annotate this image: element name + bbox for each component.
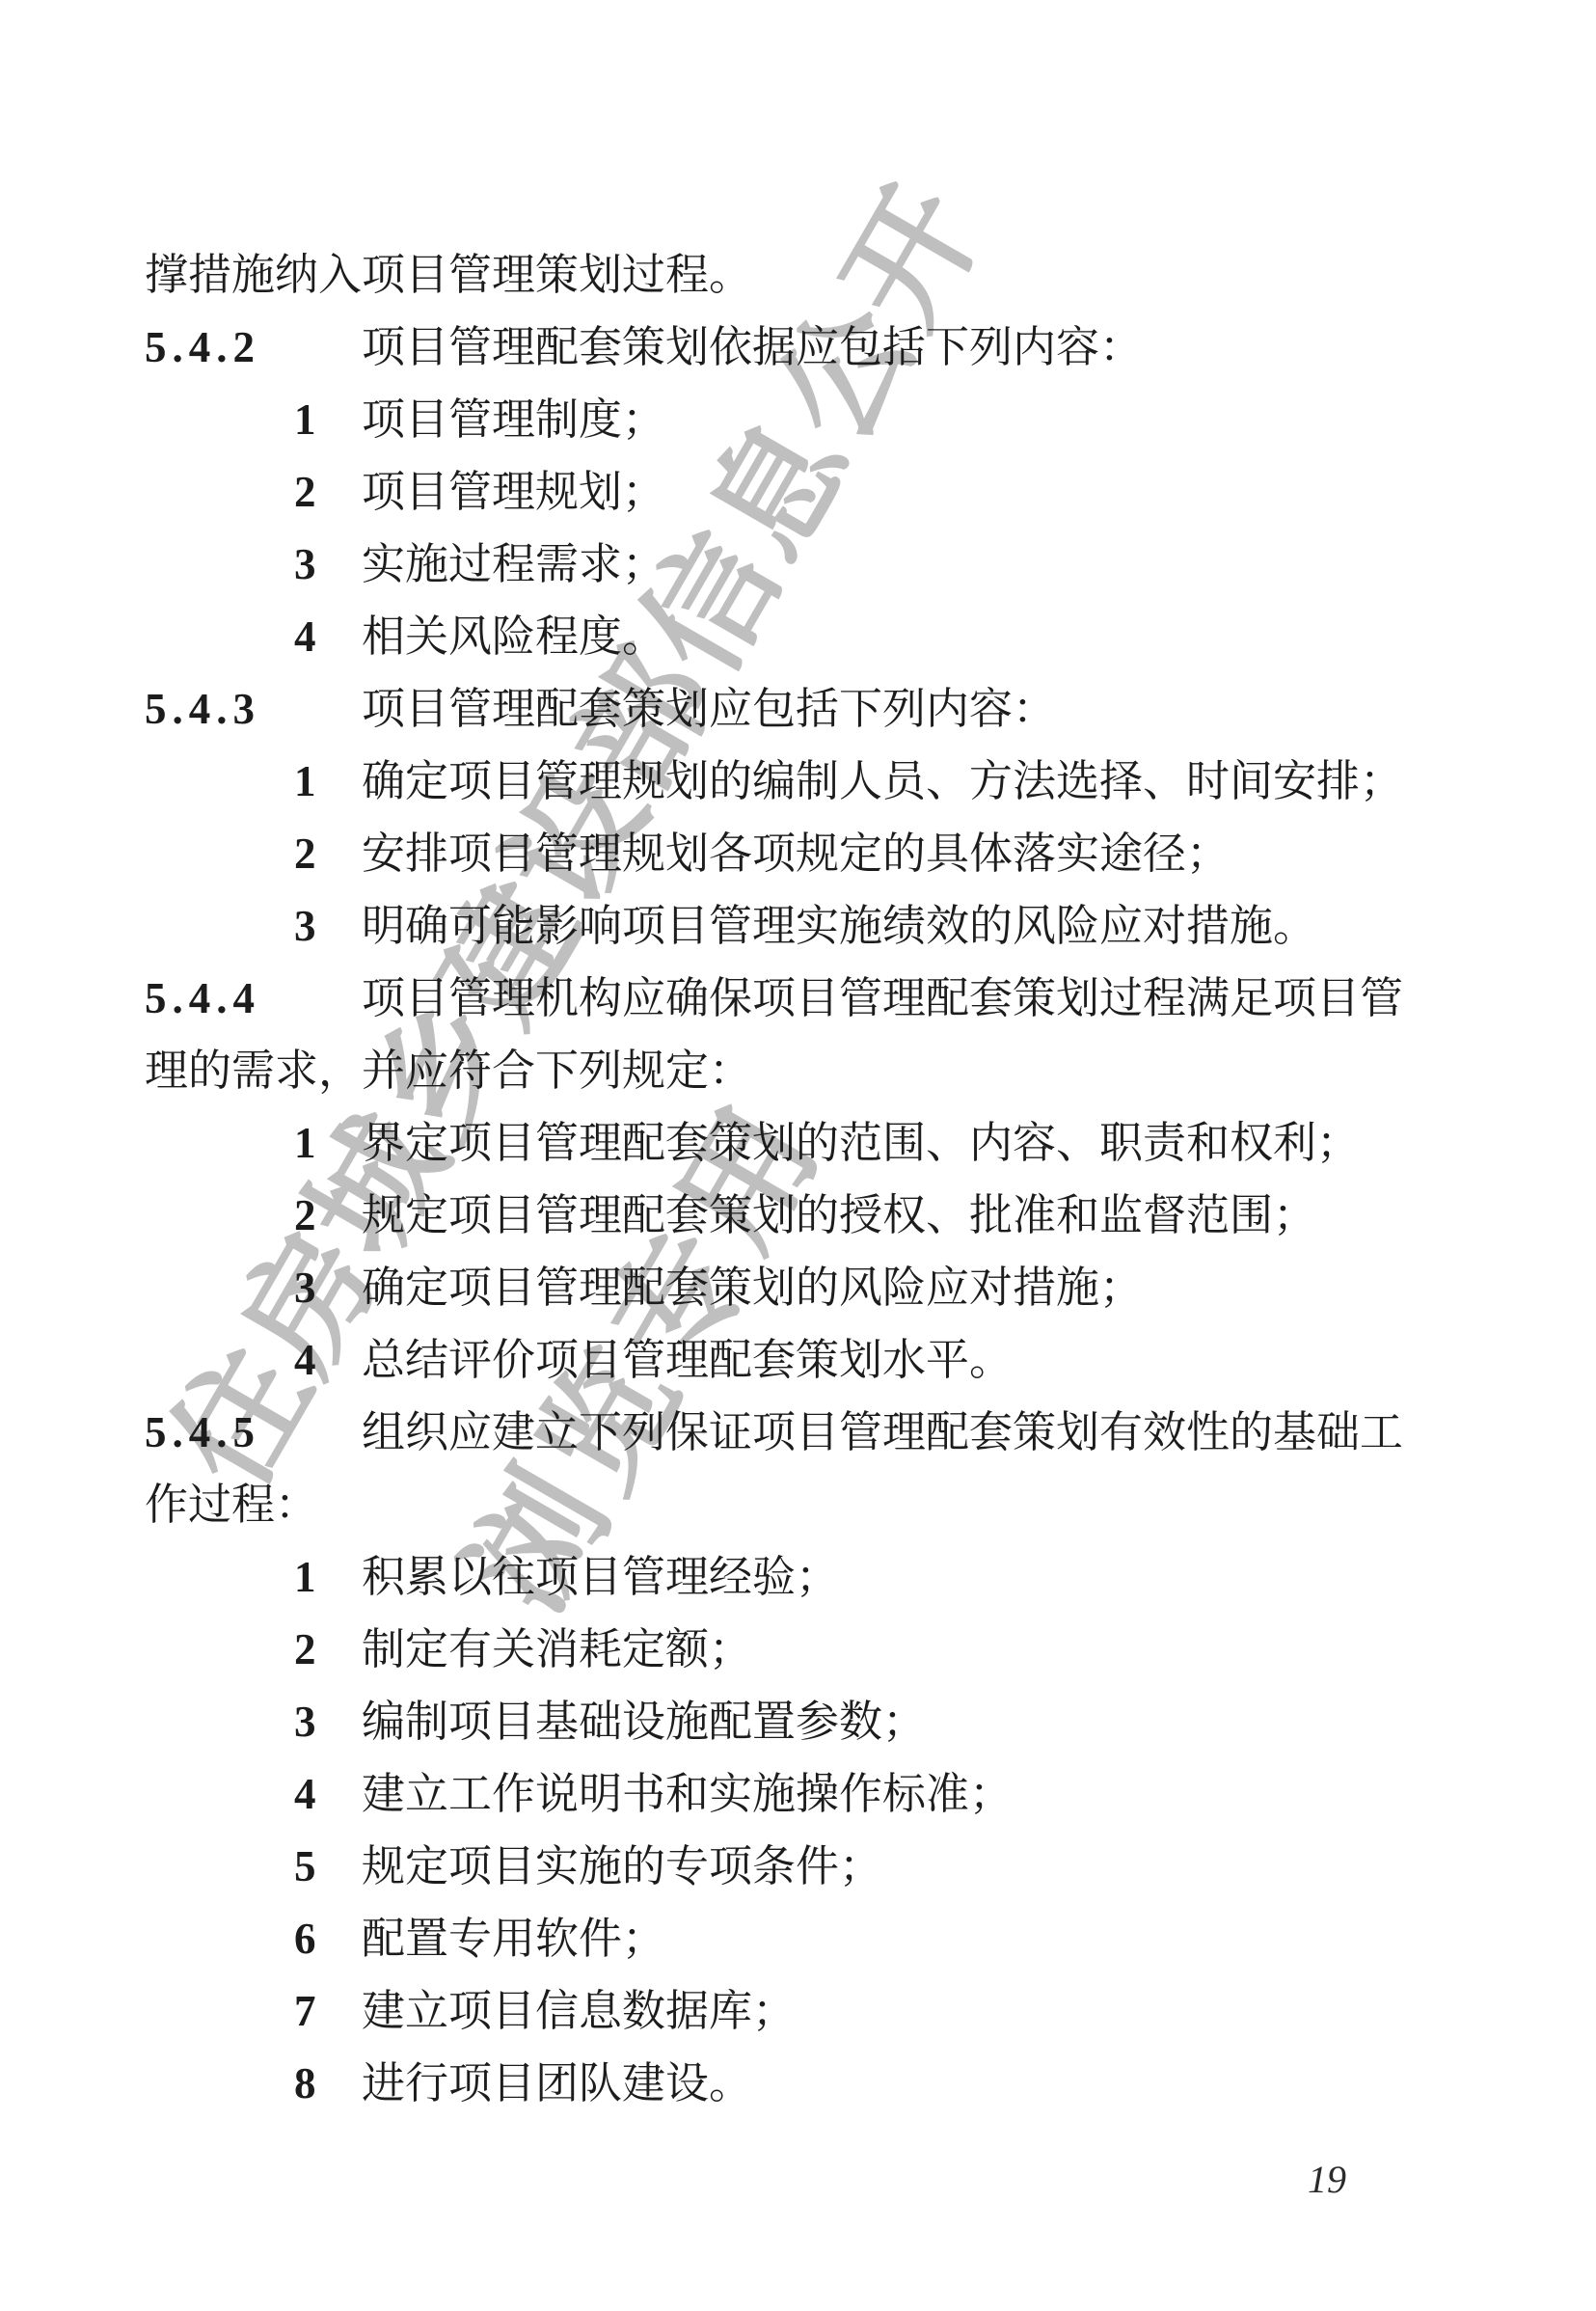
clause-number: 5.4.5 <box>145 1397 362 1469</box>
text-line-clause: 5.4.2 项目管理配套策划依据应包括下列内容： <box>145 312 1466 384</box>
item-number: 2 <box>145 1180 362 1252</box>
line-text: 进行项目团队建设。 <box>362 2048 752 2120</box>
item-number: 1 <box>145 384 362 456</box>
item-number: 7 <box>145 1975 362 2048</box>
list-item: 1 积累以往项目管理经验； <box>145 1541 1466 1614</box>
list-item: 3 确定项目管理配套策划的风险应对措施； <box>145 1252 1466 1324</box>
list-item: 3 编制项目基础设施配置参数； <box>145 1686 1466 1758</box>
list-item: 5 规定项目实施的专项条件； <box>145 1831 1466 1903</box>
body-text: 撑措施纳入项目管理策划过程。 5.4.2 项目管理配套策划依据应包括下列内容： … <box>145 239 1466 2120</box>
line-text: 编制项目基础设施配置参数； <box>362 1686 926 1758</box>
list-item: 2 安排项目管理规划各项规定的具体落实途径； <box>145 818 1466 890</box>
item-number: 8 <box>145 2048 362 2120</box>
item-number: 4 <box>145 1758 362 1831</box>
line-text: 项目管理规划； <box>362 456 665 529</box>
list-item: 1 界定项目管理配套策划的范围、内容、职责和权利； <box>145 1107 1466 1180</box>
list-item: 2 规定项目管理配套策划的授权、批准和监督范围； <box>145 1180 1466 1252</box>
list-item: 7 建立项目信息数据库； <box>145 1975 1466 2048</box>
line-text: 组织应建立下列保证项目管理配套策划有效性的基础工 <box>362 1397 1403 1469</box>
document-page: 住房城乡建设部信息公开 浏览专用 撑措施纳入项目管理策划过程。 5.4.2 项目… <box>0 0 1596 2311</box>
list-item: 4 总结评价项目管理配套策划水平。 <box>145 1324 1466 1397</box>
text-line: 作过程： <box>145 1469 1466 1541</box>
list-item: 2 制定有关消耗定额； <box>145 1614 1466 1686</box>
line-text: 相关风险程度。 <box>362 601 665 673</box>
item-number: 1 <box>145 1107 362 1180</box>
item-number: 6 <box>145 1903 362 1975</box>
line-text: 撑措施纳入项目管理策划过程。 <box>145 239 752 312</box>
text-line: 撑措施纳入项目管理策划过程。 <box>145 239 1466 312</box>
line-text: 理的需求，并应符合下列规定： <box>145 1035 752 1107</box>
item-number: 4 <box>145 601 362 673</box>
line-text: 确定项目管理规划的编制人员、方法选择、时间安排； <box>362 746 1403 818</box>
item-number: 4 <box>145 1324 362 1397</box>
item-number: 3 <box>145 1252 362 1324</box>
line-text: 作过程： <box>145 1469 318 1541</box>
line-text: 确定项目管理配套策划的风险应对措施； <box>362 1252 1143 1324</box>
line-text: 制定有关消耗定额； <box>362 1614 752 1686</box>
text-line: 理的需求，并应符合下列规定： <box>145 1035 1466 1107</box>
item-number: 3 <box>145 1686 362 1758</box>
list-item: 1 确定项目管理规划的编制人员、方法选择、时间安排； <box>145 746 1466 818</box>
clause-number: 5.4.2 <box>145 312 362 384</box>
line-text: 积累以往项目管理经验； <box>362 1541 839 1614</box>
list-item: 1 项目管理制度； <box>145 384 1466 456</box>
text-line-clause: 5.4.4 项目管理机构应确保项目管理配套策划过程满足项目管 <box>145 963 1466 1035</box>
line-text: 建立项目信息数据库； <box>362 1975 796 2048</box>
list-item: 6 配置专用软件； <box>145 1903 1466 1975</box>
list-item: 4 相关风险程度。 <box>145 601 1466 673</box>
text-line-clause: 5.4.3 项目管理配套策划应包括下列内容： <box>145 673 1466 746</box>
line-text: 明确可能影响项目管理实施绩效的风险应对措施。 <box>362 890 1316 963</box>
line-text: 规定项目管理配套策划的授权、批准和监督范围； <box>362 1180 1316 1252</box>
list-item: 4 建立工作说明书和实施操作标准； <box>145 1758 1466 1831</box>
item-number: 3 <box>145 529 362 601</box>
item-number: 5 <box>145 1831 362 1903</box>
text-line-clause: 5.4.5 组织应建立下列保证项目管理配套策划有效性的基础工 <box>145 1397 1466 1469</box>
list-item: 2 项目管理规划； <box>145 456 1466 529</box>
line-text: 总结评价项目管理配套策划水平。 <box>362 1324 1013 1397</box>
item-number: 3 <box>145 890 362 963</box>
item-number: 2 <box>145 1614 362 1686</box>
list-item: 8 进行项目团队建设。 <box>145 2048 1466 2120</box>
item-number: 1 <box>145 746 362 818</box>
line-text: 界定项目管理配套策划的范围、内容、职责和权利； <box>362 1107 1360 1180</box>
line-text: 建立工作说明书和实施操作标准； <box>362 1758 1013 1831</box>
line-text: 配置专用软件； <box>362 1903 665 1975</box>
clause-number: 5.4.3 <box>145 673 362 746</box>
line-text: 安排项目管理规划各项规定的具体落实途径； <box>362 818 1230 890</box>
line-text: 项目管理制度； <box>362 384 665 456</box>
line-text: 规定项目实施的专项条件； <box>362 1831 882 1903</box>
item-number: 2 <box>145 818 362 890</box>
item-number: 1 <box>145 1541 362 1614</box>
page-number: 19 <box>1308 2157 1346 2202</box>
list-item: 3 实施过程需求； <box>145 529 1466 601</box>
line-text: 实施过程需求； <box>362 529 665 601</box>
clause-number: 5.4.4 <box>145 963 362 1035</box>
line-text: 项目管理配套策划依据应包括下列内容： <box>362 312 1143 384</box>
line-text: 项目管理机构应确保项目管理配套策划过程满足项目管 <box>362 963 1403 1035</box>
list-item: 3 明确可能影响项目管理实施绩效的风险应对措施。 <box>145 890 1466 963</box>
line-text: 项目管理配套策划应包括下列内容： <box>362 673 1056 746</box>
item-number: 2 <box>145 456 362 529</box>
